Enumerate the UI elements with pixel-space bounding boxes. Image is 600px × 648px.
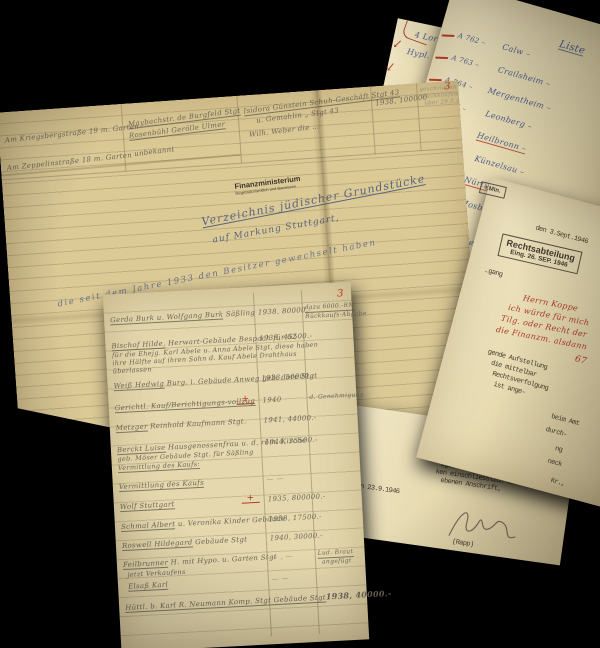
list-row: A 769 Mosbach – <box>454 0 600 41</box>
list-row: A 768 Nürtingen – <box>454 0 600 41</box>
list-num: A 762 – <box>457 32 487 48</box>
ledger-buyer: Wilh. Weber die … <box>249 122 320 139</box>
red-plus-mark: + <box>241 494 259 504</box>
register-value: — — <box>266 475 284 484</box>
letter-signature-name: (Rapp) <box>451 538 474 549</box>
register-name: Weiß Hedwig <box>113 380 164 392</box>
register-name: Elsaß Karl <box>128 581 168 592</box>
ledger-street: Am Kriegsbergstraße 19 m. Garten <box>5 122 140 144</box>
register-value: 1940 <box>262 396 281 405</box>
register-line: jetzt Verkaufens <box>127 568 186 579</box>
list-name: Crailsheim – <box>497 65 552 89</box>
fragment-line: Hypl. <box>406 47 431 61</box>
list-row: A 763 – Crailsheim – <box>454 0 600 41</box>
red-plus-mark: + <box>236 395 254 405</box>
red-tick-icon <box>435 57 448 59</box>
memo-fragment: Kr., <box>550 477 566 488</box>
register-value: 1935, 800000.- <box>268 492 326 503</box>
register-rest: H. mit Hypo. u. Garten Stgt <box>168 553 277 567</box>
register-rest: Reinhold Kaufmann Stgt. <box>147 417 246 430</box>
register-value-inline: 1938, 40000.- <box>326 588 392 601</box>
photo-stage: 4 Lorban Hypl. ↙ ↙ Liste A 762 – Calw – … <box>0 0 600 648</box>
register-sheet: 3 Gerda Burk u. Wolfgang Burk Säßling 19… <box>103 282 369 648</box>
ministry-stamp: Finanzministerium Registratur/amtlich un… <box>234 174 301 196</box>
list-name: Mergentheim – <box>487 86 552 113</box>
register-note: angefügt <box>322 557 352 567</box>
memo-fragment: ng <box>554 445 563 455</box>
list-row: A 765 – Leonberg – <box>454 0 600 41</box>
register-value: — — <box>272 574 290 583</box>
list-row: A 766 – Heilbronn – <box>454 0 600 41</box>
list-name: Leonberg – <box>484 109 533 131</box>
red-tick-icon <box>429 79 442 81</box>
list-name: Künzelsau – <box>474 154 526 177</box>
red-arrow-icon: ↙ <box>385 59 396 74</box>
register-name: Hüttl. b. Karl R. Neumann Komp. Stgt Geb… <box>125 593 326 613</box>
list-name: Heilbronn – <box>476 131 528 155</box>
list-name: Calw – <box>501 42 531 59</box>
memo-fragment: durch- <box>545 426 568 439</box>
memo-typed-small: …gang <box>484 267 503 279</box>
register-line: überlassen <box>113 365 152 375</box>
register-name: Wolf Stuttgart <box>120 500 175 512</box>
list-row: Obe. Gemeind – <box>454 0 600 41</box>
register-name: Roswell Hildegard <box>122 538 193 551</box>
list-row: A 767 Künzelsau – <box>454 0 600 41</box>
register-page-number: 3 <box>337 288 344 299</box>
register-name: Schmal Albert <box>121 520 176 532</box>
register-name: Gerda Burk u. Wolfgang Burk <box>110 310 224 325</box>
list-row: das Haus – <box>454 0 600 41</box>
memo-fragment: beim Amt <box>550 413 580 428</box>
memo-red-number: 67 <box>574 355 588 366</box>
register-rest: Säßling <box>223 309 255 319</box>
register-value: — , — <box>271 552 294 561</box>
register-name: Gerichtl. Kauf/Berichtigungs-vollzug <box>115 397 256 413</box>
ledger-note: über 29.5.48 <box>424 98 464 107</box>
list-row: A 764 – Mergentheim – <box>454 0 600 41</box>
register-name: Vermittlung des Kaufs <box>119 479 205 492</box>
list-row: A 762 – Calw – <box>454 0 600 41</box>
list-title: Liste <box>558 40 586 57</box>
ledger-owner: unbekannt <box>134 145 175 158</box>
column-divider <box>121 104 127 172</box>
red-arrow-icon: ↙ <box>392 37 403 51</box>
ledger-page-number: 3 <box>444 81 451 92</box>
list-num: A 763 – <box>451 54 481 70</box>
register-name: Metzger <box>116 423 148 434</box>
list-row: Kirchheim – <box>454 0 600 41</box>
register-rest: Gebäude Stgt <box>192 536 247 547</box>
red-tick-icon <box>441 34 454 36</box>
memo-fragment: neck <box>547 458 563 469</box>
